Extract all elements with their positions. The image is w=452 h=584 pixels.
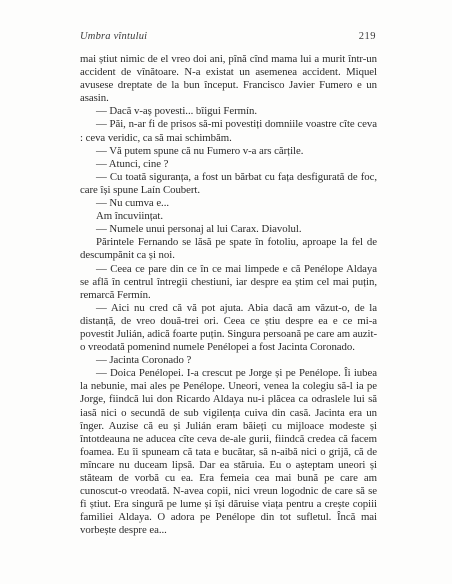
page-text: mai știut nimic de el vreo doi ani, pînă… [80, 53, 377, 537]
paragraph-3: — Păi, n-ar fi de prisos să-mi povestiți… [80, 118, 377, 144]
paragraph-4: — Vă putem spune că nu Fumero v-a ars că… [80, 145, 377, 158]
paragraph-11: — Ceea ce pare din ce în ce mai limpede … [80, 263, 377, 302]
paragraph-9: — Numele unui personaj al lui Carax. Dia… [80, 223, 377, 236]
paragraph-1: mai știut nimic de el vreo doi ani, pînă… [80, 53, 377, 105]
paragraph-2: — Dacă v-aș povesti... bîigui Fermín. [80, 105, 377, 118]
paragraph-7: — Nu cumva e... [80, 197, 377, 210]
paragraph-14: — Doica Penélopei. I-a crescut pe Jorge … [80, 367, 377, 537]
book-page: Umbra vîntului 219 mai știut nimic de el… [0, 0, 452, 584]
page-header: Umbra vîntului 219 [80, 31, 376, 42]
paragraph-13: — Jacinta Coronado ? [80, 354, 377, 367]
paragraph-8: Am încuviințat. [80, 210, 377, 223]
paragraph-6: — Cu toată siguranța, a fost un bărbat c… [80, 171, 377, 197]
running-title: Umbra vîntului [80, 31, 147, 42]
paragraph-5: — Atunci, cine ? [80, 158, 377, 171]
paragraph-12: — Aici nu cred că vă pot ajuta. Abia dac… [80, 302, 377, 354]
paragraph-10: Părintele Fernando se lăsă pe spate în f… [80, 236, 377, 262]
page-number: 219 [359, 31, 376, 42]
